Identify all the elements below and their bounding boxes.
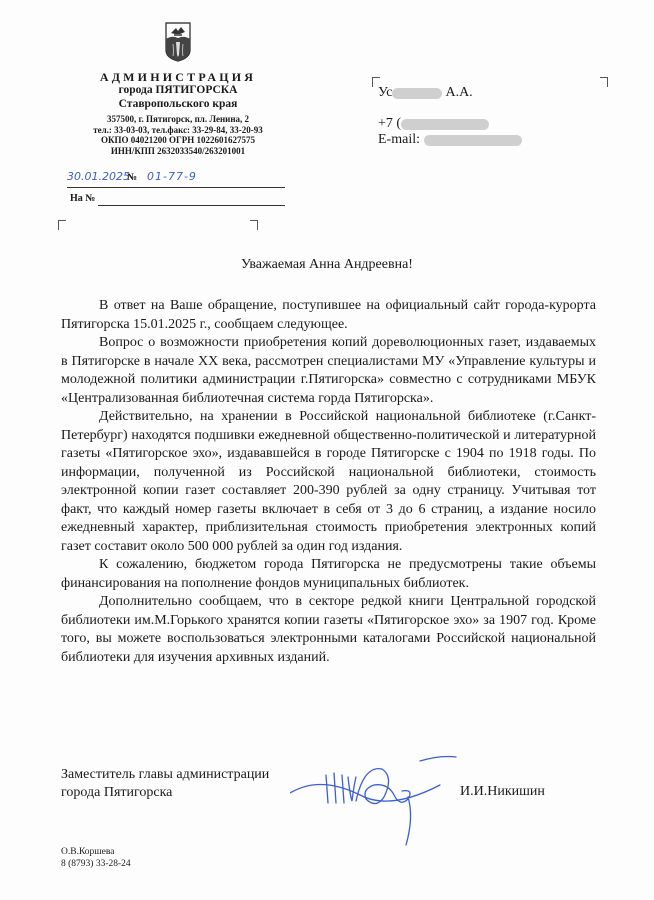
executor-phone: 8 (8793) 33-28-24 bbox=[61, 858, 131, 870]
signatory-position-line2: города Пятигорска bbox=[61, 784, 269, 802]
org-inn-kpp: ИНН/КПП 2632033540/263201001 bbox=[62, 146, 294, 157]
recipient-initials: А.А. bbox=[445, 85, 472, 101]
recipient-phone: +7 ( bbox=[378, 116, 522, 132]
recipient-name: Ус А.А. bbox=[378, 85, 522, 101]
registration-line: 30.01.2025 № 01-77-9 bbox=[67, 172, 285, 188]
letterhead: АДМИНИСТРАЦИЯ города ПЯТИГОРСКА Ставропо… bbox=[62, 0, 294, 156]
recipient-email: E-mail: bbox=[378, 132, 522, 148]
executor-name: О.В.Коршева bbox=[61, 846, 131, 858]
org-address: 357500, г. Пятигорск, пл. Ленина, 2 bbox=[62, 114, 294, 125]
paragraph: К сожалению, бюджетом города Пятигорска … bbox=[61, 556, 596, 593]
paragraph: Дополнительно сообщаем, что в секторе ре… bbox=[61, 593, 596, 667]
redaction-bar bbox=[401, 119, 489, 130]
reply-to-rule bbox=[98, 205, 285, 206]
recipient-contacts: +7 ( E-mail: bbox=[378, 116, 522, 148]
recipient-block: Ус А.А. +7 ( E-mail: bbox=[378, 85, 522, 148]
executor-block: О.В.Коршева 8 (8793) 33-28-24 bbox=[61, 846, 131, 870]
org-phones: тел.: 33-03-03, тел.факс: 33-29-84, 33-2… bbox=[62, 125, 294, 136]
handwritten-signature-icon bbox=[290, 755, 510, 865]
reply-to-line: На № bbox=[70, 192, 285, 206]
registration-date: 30.01.2025 bbox=[67, 170, 130, 183]
coat-of-arms-icon bbox=[165, 22, 191, 62]
org-city: города ПЯТИГОРСКА bbox=[62, 84, 294, 97]
redaction-bar bbox=[424, 135, 522, 146]
registration-number-label: № bbox=[127, 172, 137, 183]
redaction-bar bbox=[392, 88, 442, 99]
registration-number: 01-77-9 bbox=[147, 170, 197, 183]
signatory-position-line1: Заместитель главы администрации bbox=[61, 766, 269, 784]
letter-body: В ответ на Ваше обращение, поступившее н… bbox=[61, 297, 596, 667]
corner-mark bbox=[250, 220, 258, 230]
corner-mark bbox=[58, 220, 66, 230]
recipient-name-prefix: Ус bbox=[378, 85, 392, 101]
signatory-position: Заместитель главы администрации города П… bbox=[61, 766, 269, 802]
recipient-email-label: E-mail: bbox=[378, 132, 420, 148]
paragraph: В ответ на Ваше обращение, поступившее н… bbox=[61, 297, 596, 334]
paragraph: Действительно, на хранении в Российской … bbox=[61, 408, 596, 556]
reply-to-label: На № bbox=[70, 193, 95, 204]
paragraph: Вопрос о возможности приобретения копий … bbox=[61, 334, 596, 408]
org-region: Ставропольского края bbox=[62, 97, 294, 111]
org-okpo-ogrn: ОКПО 04021200 ОГРН 1022601627575 bbox=[62, 135, 294, 146]
signatory-name: И.И.Никишин bbox=[460, 784, 545, 800]
org-title: АДМИНИСТРАЦИЯ bbox=[62, 70, 294, 84]
greeting: Уважаемая Анна Андреевна! bbox=[0, 257, 654, 273]
recipient-phone-prefix: +7 ( bbox=[378, 116, 401, 132]
corner-mark bbox=[600, 77, 608, 87]
